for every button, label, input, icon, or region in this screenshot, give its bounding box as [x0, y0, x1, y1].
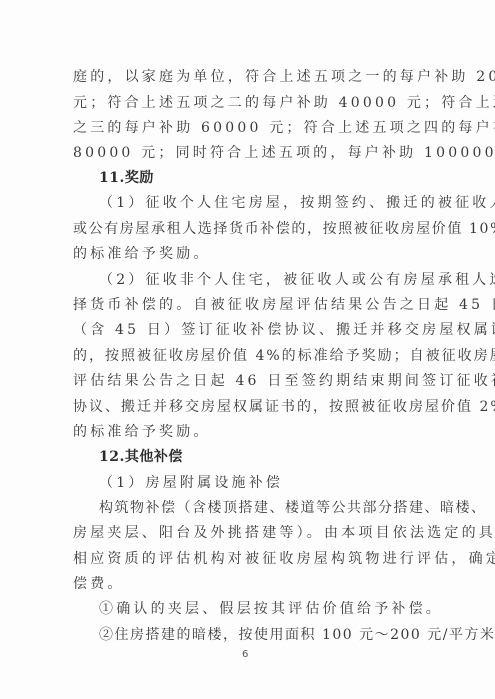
paragraph-line: 的标准给予奖励。	[73, 244, 418, 264]
paragraph-line: 协议、搬迁并移交房屋权属证书的，按照被征收房屋价值 2%	[73, 397, 418, 417]
section-heading-12: 12.其他补偿	[99, 447, 418, 467]
subheading: （1）房屋附属设施补偿	[99, 473, 418, 493]
paragraph-line: 评估结果公告之日起 46 日至签约期结束期间签订征收补偿	[73, 371, 418, 391]
body-text-line: 庭的，以家庭为单位，符合上述五项之一的每户补助 20000	[73, 67, 418, 87]
list-item: ①确认的夹层、假层按其评估价值给予补偿。	[99, 599, 418, 619]
paragraph-line: （1）征收个人住宅房屋，按期签约、搬迁的被征收人	[99, 193, 418, 213]
document-page: 庭的，以家庭为单位，符合上述五项之一的每户补助 20000 元；符合上述五项之二…	[0, 0, 495, 699]
body-text-line: 80000 元；同时符合上述五项的，每户补助 100000 元。	[73, 143, 418, 163]
paragraph-line: 相应资质的评估机构对被征收房屋构筑物进行评估，确定补	[73, 549, 418, 569]
paragraph-line: 的标准给予奖励。	[73, 422, 418, 442]
paragraph-line: 房屋夹层、阳台及外挑搭建等）。由本项目依法选定的具有	[73, 523, 418, 543]
paragraph-line: （2）征收非个人住宅，被征收人或公有房屋承租人选	[99, 270, 418, 290]
list-item: ②住房搭建的暗楼，按使用面积 100 元～200 元/平方米	[99, 625, 418, 645]
paragraph-line: 择货币补偿的。自被征收房屋评估结果公告之日起 45 日内	[73, 295, 418, 315]
body-text-line: 元；符合上述五项之二的每户补助 40000 元；符合上述五项	[73, 93, 418, 113]
paragraph-line: （含 45 日）签订征收补偿协议、搬迁并移交房屋权属证书	[73, 320, 418, 340]
section-heading-11: 11.奖励	[99, 168, 418, 188]
paragraph-line: 或公有房屋承租人选择货币补偿的，按照被征收房屋价值 10%	[73, 219, 418, 239]
paragraph-line: 偿费。	[73, 574, 418, 594]
paragraph-line: 构筑物补偿（含楼顶搭建、楼道等公共部分搭建、暗楼、	[99, 498, 418, 518]
body-text-line: 之三的每户补助 60000 元；符合上述五项之四的每户补助	[73, 118, 418, 138]
paragraph-line: 的，按照被征收房屋价值 4%的标准给予奖励；自被征收房屋	[73, 346, 418, 366]
page-number: 6	[242, 649, 248, 660]
